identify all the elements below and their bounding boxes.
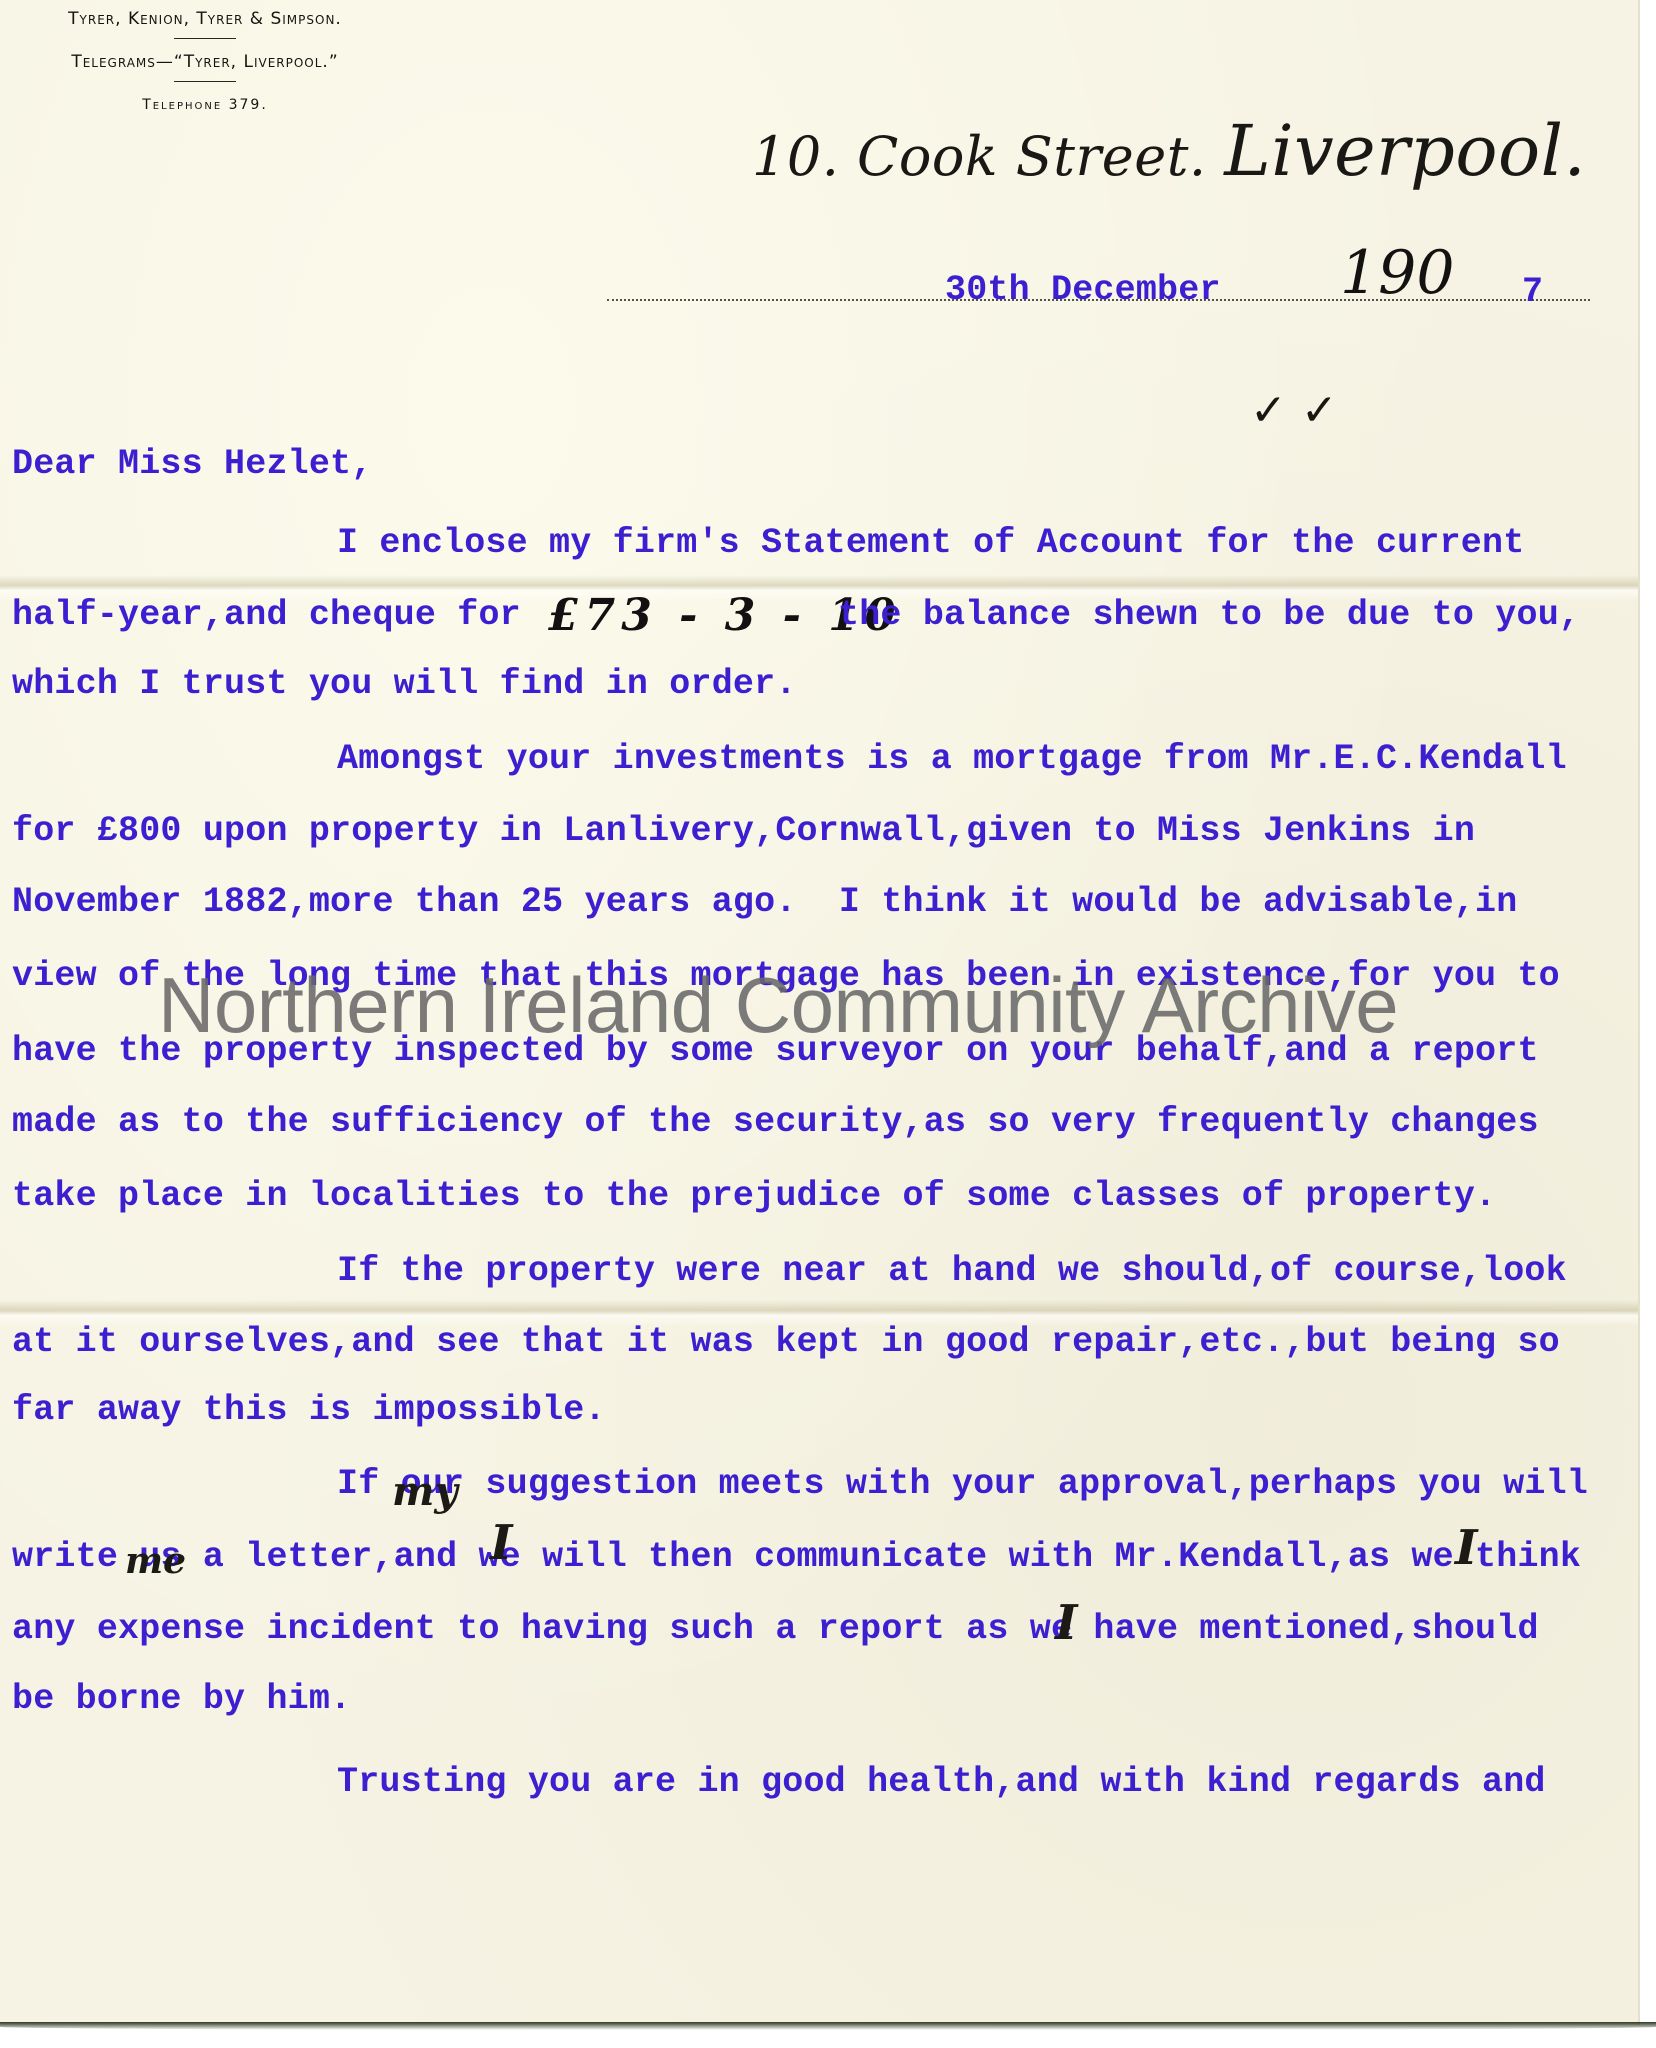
letterhead-divider (174, 38, 236, 39)
firm-name: Tyrer, Kenion, Tyrer & Simpson. (40, 8, 370, 30)
handwritten-correction: me (125, 1540, 186, 1582)
body-line: take place in localities to the prejudic… (12, 1176, 1496, 1216)
telegrams-address: Telegrams—“Tyrer, Liverpool.” (40, 51, 370, 73)
body-line: for £800 upon property in Lanlivery,Corn… (12, 811, 1475, 851)
body-line: half-year,and cheque for (12, 595, 521, 635)
body-line: any expense incident to having such a re… (12, 1609, 1539, 1649)
body-line: I enclose my firm's Statement of Account… (337, 523, 1524, 563)
body-line: the balance shewn to be due to you, (838, 595, 1580, 635)
letterhead: Tyrer, Kenion, Tyrer & Simpson. Telegram… (40, 8, 370, 116)
body-line: If our suggestion meets with your approv… (337, 1464, 1588, 1504)
body-line: write us a letter,and we will then commu… (12, 1537, 1581, 1577)
handwritten-correction: I (1455, 1520, 1477, 1576)
address-street: 10. Cook Street. (752, 125, 1207, 188)
body-line: November 1882,more than 25 years ago. I … (12, 882, 1517, 922)
year-typed-digit: 7 (1522, 272, 1543, 312)
address-city: Liverpool. (1224, 110, 1586, 192)
checkmark-icon: ✓ ✓ (1250, 385, 1338, 436)
letterhead-divider (174, 81, 236, 82)
paper-bottom-shadow (0, 2022, 1656, 2030)
handwritten-correction: my (392, 1468, 458, 1515)
body-line: at it ourselves,and see that it was kept… (12, 1322, 1560, 1362)
archive-watermark: Northern Ireland Community Archive (158, 960, 1398, 1051)
sender-address: 10. Cook Street. Liverpool. (752, 110, 1586, 192)
body-line: far away this is impossible. (12, 1390, 606, 1430)
date-typed: 30th December (945, 270, 1221, 310)
handwritten-correction: I (1055, 1595, 1077, 1651)
salutation: Dear Miss Hezlet, (12, 444, 372, 484)
year-printed: 190 (1340, 238, 1455, 308)
letter-paper: Tyrer, Kenion, Tyrer & Simpson. Telegram… (0, 0, 1640, 2025)
body-line: be borne by him. (12, 1679, 351, 1719)
body-line: Amongst your investments is a mortgage f… (337, 739, 1567, 779)
body-line: which I trust you will find in order. (12, 664, 797, 704)
body-line: If the property were near at hand we sho… (337, 1251, 1567, 1291)
body-line: made as to the sufficiency of the securi… (12, 1102, 1539, 1142)
handwritten-correction: I (490, 1515, 512, 1571)
telephone-number: Telephone 379. (40, 94, 370, 116)
body-line: Trusting you are in good health,and with… (337, 1762, 1546, 1802)
